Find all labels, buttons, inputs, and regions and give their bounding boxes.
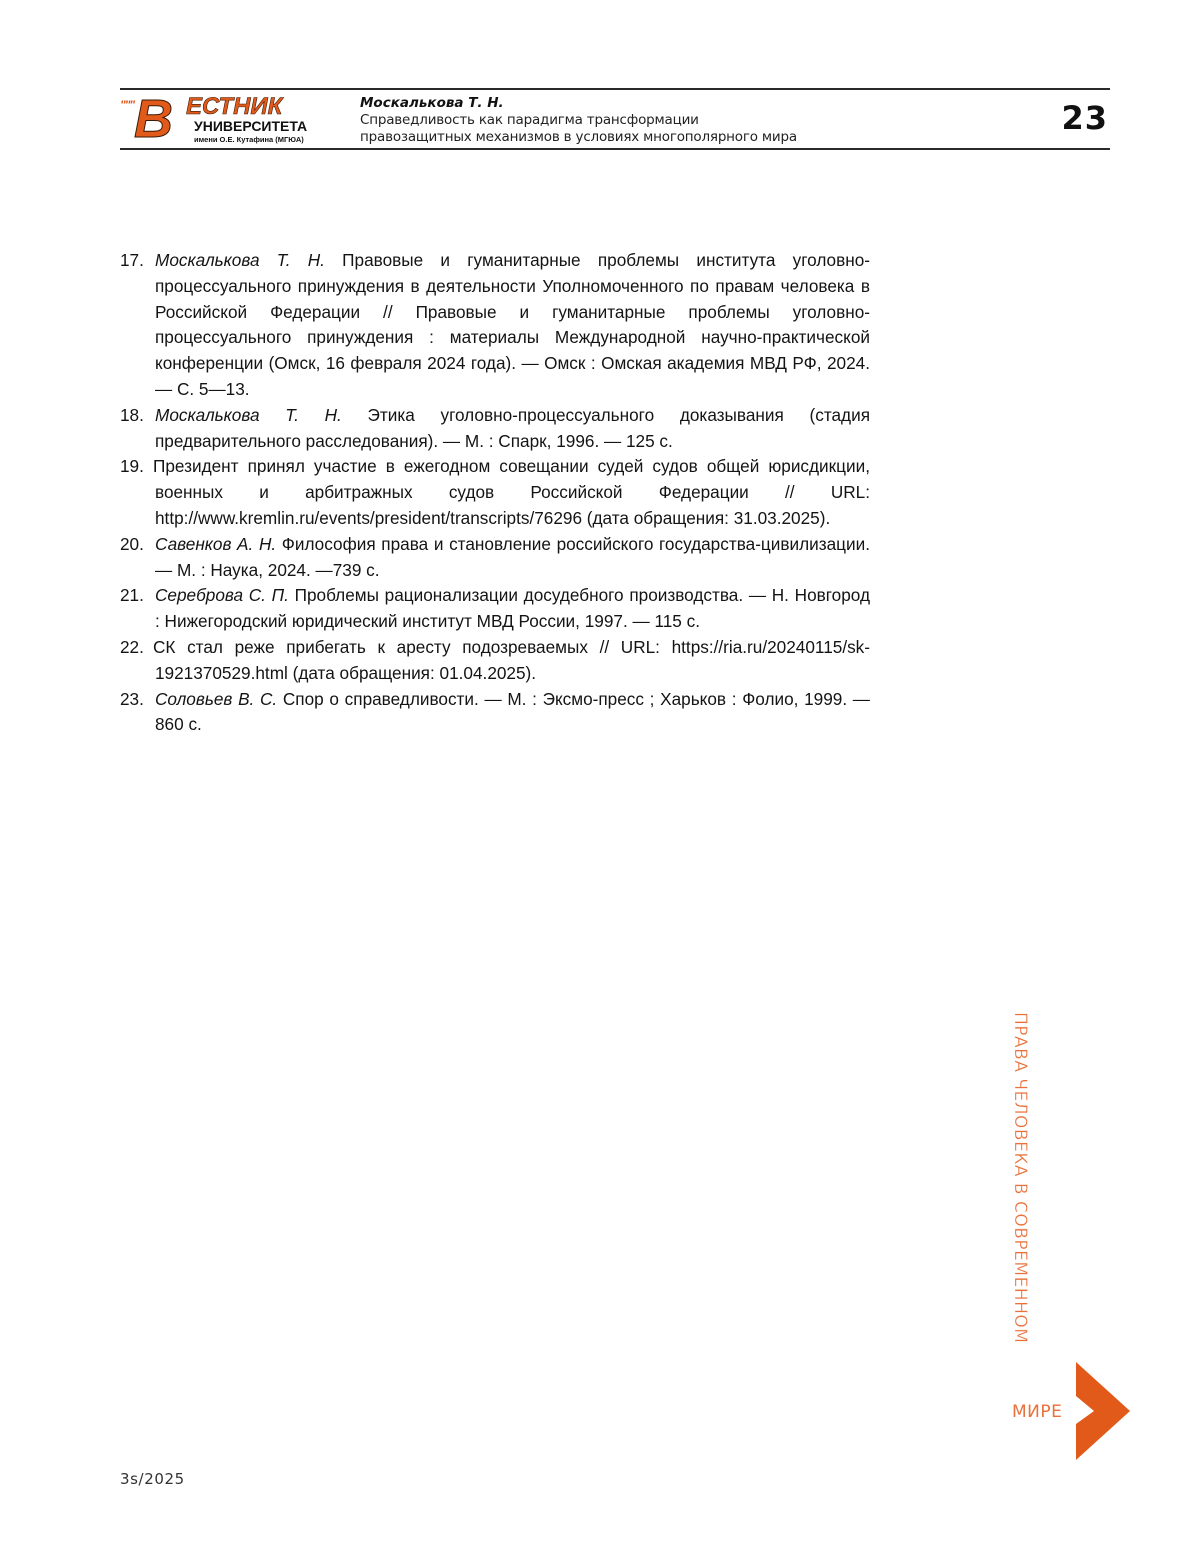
reference-item: 18.Москалькова Т. Н. Этика уголовно-проц… <box>120 403 870 455</box>
reference-list: 17.Москалькова Т. Н. Правовые и гуманита… <box>120 248 870 738</box>
journal-logo: """ В ЕСТНИК УНИВЕРСИТЕТА имени О.Е. Кут… <box>120 92 320 146</box>
reference-item: 20.Савенков А. Н. Философия права и стан… <box>120 532 870 584</box>
reference-text: Президент принял участие в ежегодном сов… <box>153 456 870 528</box>
logo-letter: В <box>134 94 171 144</box>
page-header: """ В ЕСТНИК УНИВЕРСИТЕТА имени О.Е. Кут… <box>120 88 1110 150</box>
reference-number: 17. <box>120 248 155 274</box>
issue-number: 3s/2025 <box>120 1470 185 1488</box>
logo-marks: """ <box>120 98 134 112</box>
reference-author: Москалькова Т. Н. <box>155 250 325 270</box>
page-number: 23 <box>1061 98 1108 138</box>
reference-number: 21. <box>120 583 155 609</box>
reference-text: Правовые и гуманитарные проблемы институ… <box>155 250 870 399</box>
reference-author: Москалькова Т. Н. <box>155 405 342 425</box>
section-vertical-title: ПРАВА ЧЕЛОВЕКА В СОВРЕМЕННОМ <box>1010 1012 1030 1343</box>
running-head-author: Москалькова Т. Н. <box>360 95 1000 112</box>
running-head: Москалькова Т. Н. Справедливость как пар… <box>360 95 1000 146</box>
reference-item: 23.Соловьев В. С. Спор о справедливости.… <box>120 687 870 739</box>
arrow-right-icon <box>1076 1362 1130 1460</box>
reference-number: 18. <box>120 403 155 429</box>
running-head-title-line1: Справедливость как парадигма трансформац… <box>360 112 1000 129</box>
logo-line3: имени О.Е. Кутафина (МГЮА) <box>194 135 304 144</box>
reference-item: 19.Президент принял участие в ежегодном … <box>120 454 870 531</box>
section-title-last-word: МИРЕ <box>1012 1402 1062 1422</box>
reference-item: 22.СК стал реже прибегать к аресту подоз… <box>120 635 870 687</box>
reference-number: 20. <box>120 532 155 558</box>
reference-item: 17.Москалькова Т. Н. Правовые и гуманита… <box>120 248 870 403</box>
running-head-title-line2: правозащитных механизмов в условиях мног… <box>360 129 1000 146</box>
reference-item: 21.Сереброва С. П. Проблемы рационализац… <box>120 583 870 635</box>
header-bottom-rule <box>120 148 1110 150</box>
header-top-rule <box>120 88 1110 90</box>
reference-number: 22. <box>120 635 153 661</box>
reference-number: 23. <box>120 687 155 713</box>
reference-author: Савенков А. Н. <box>155 534 276 554</box>
reference-number: 19. <box>120 454 153 480</box>
reference-author: Сереброва С. П. <box>155 585 289 605</box>
logo-line2: УНИВЕРСИТЕТА <box>194 119 307 133</box>
reference-author: Соловьев В. С. <box>155 689 277 709</box>
logo-line1: ЕСТНИК <box>186 95 282 119</box>
reference-text: СК стал реже прибегать к аресту подозрев… <box>153 637 870 683</box>
